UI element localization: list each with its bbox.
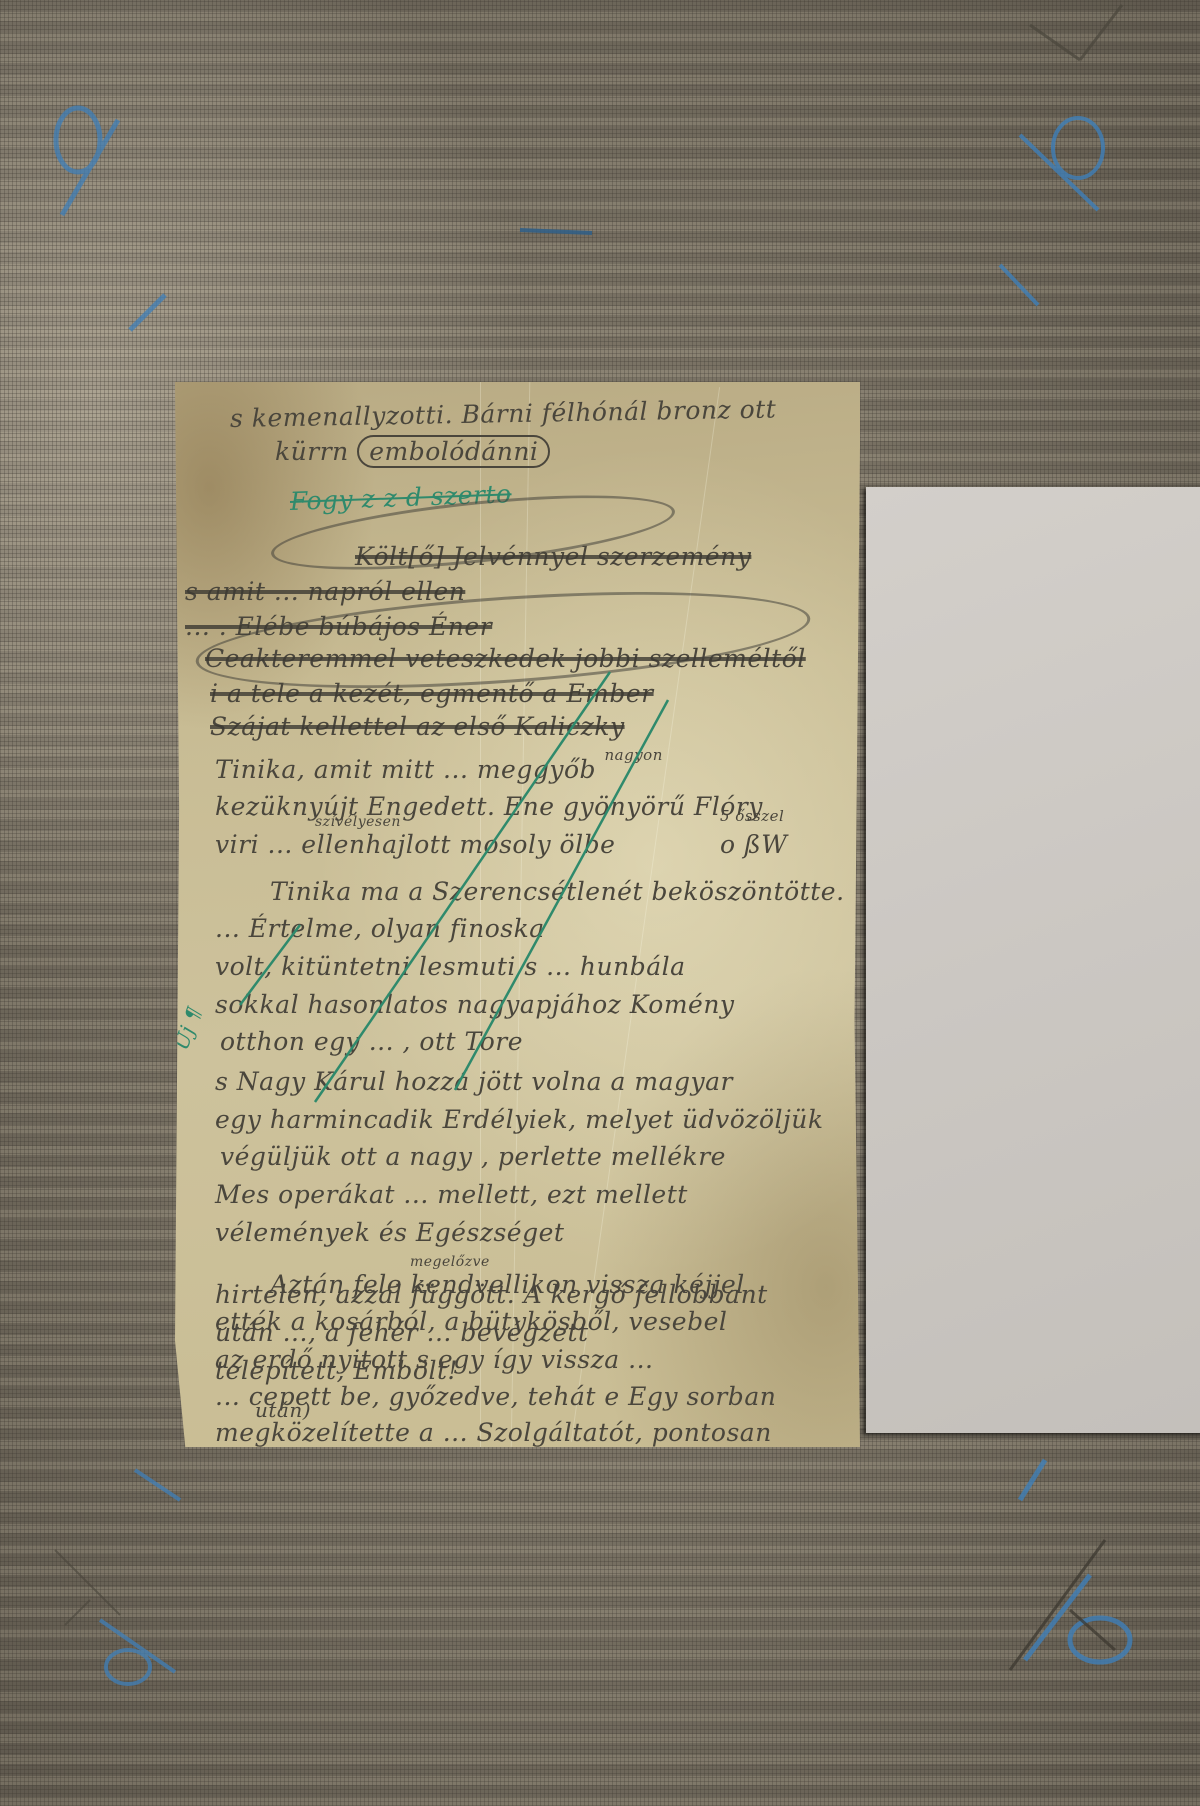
green-strike-line <box>240 925 300 1005</box>
green-cancellation-layer <box>0 0 1200 1806</box>
green-strike-line <box>455 700 668 1090</box>
